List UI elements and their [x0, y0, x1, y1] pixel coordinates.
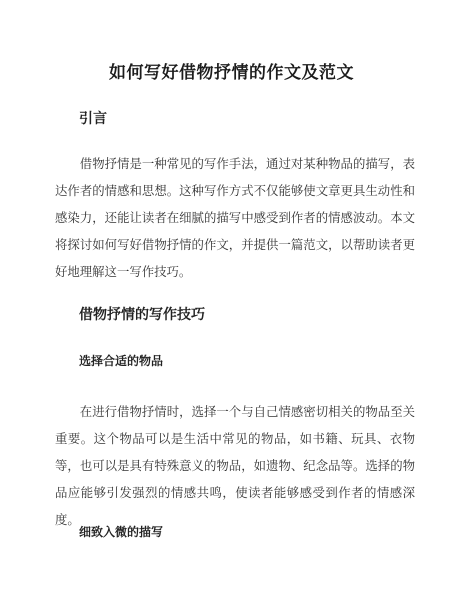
choose-object-paragraph: 在进行借物抒情时，选择一个与自己情感密切相关的物品至关重要。这个物品可以是生活中… [55, 398, 415, 533]
section-heading-techniques: 借物抒情的写作技巧 [79, 304, 205, 324]
subsection-heading-detailed-description: 细致入微的描写 [79, 523, 163, 540]
document-page: 如何写好借物抒情的作文及范文 引言 借物抒情是一种常见的写作手法，通过对某种物品… [0, 0, 463, 600]
intro-paragraph: 借物抒情是一种常见的写作手法，通过对某种物品的描写，表达作者的情感和思想。这种写… [55, 150, 415, 285]
document-title: 如何写好借物抒情的作文及范文 [0, 58, 463, 83]
subsection-heading-choose-object: 选择合适的物品 [79, 352, 163, 369]
section-heading-intro: 引言 [79, 108, 107, 128]
